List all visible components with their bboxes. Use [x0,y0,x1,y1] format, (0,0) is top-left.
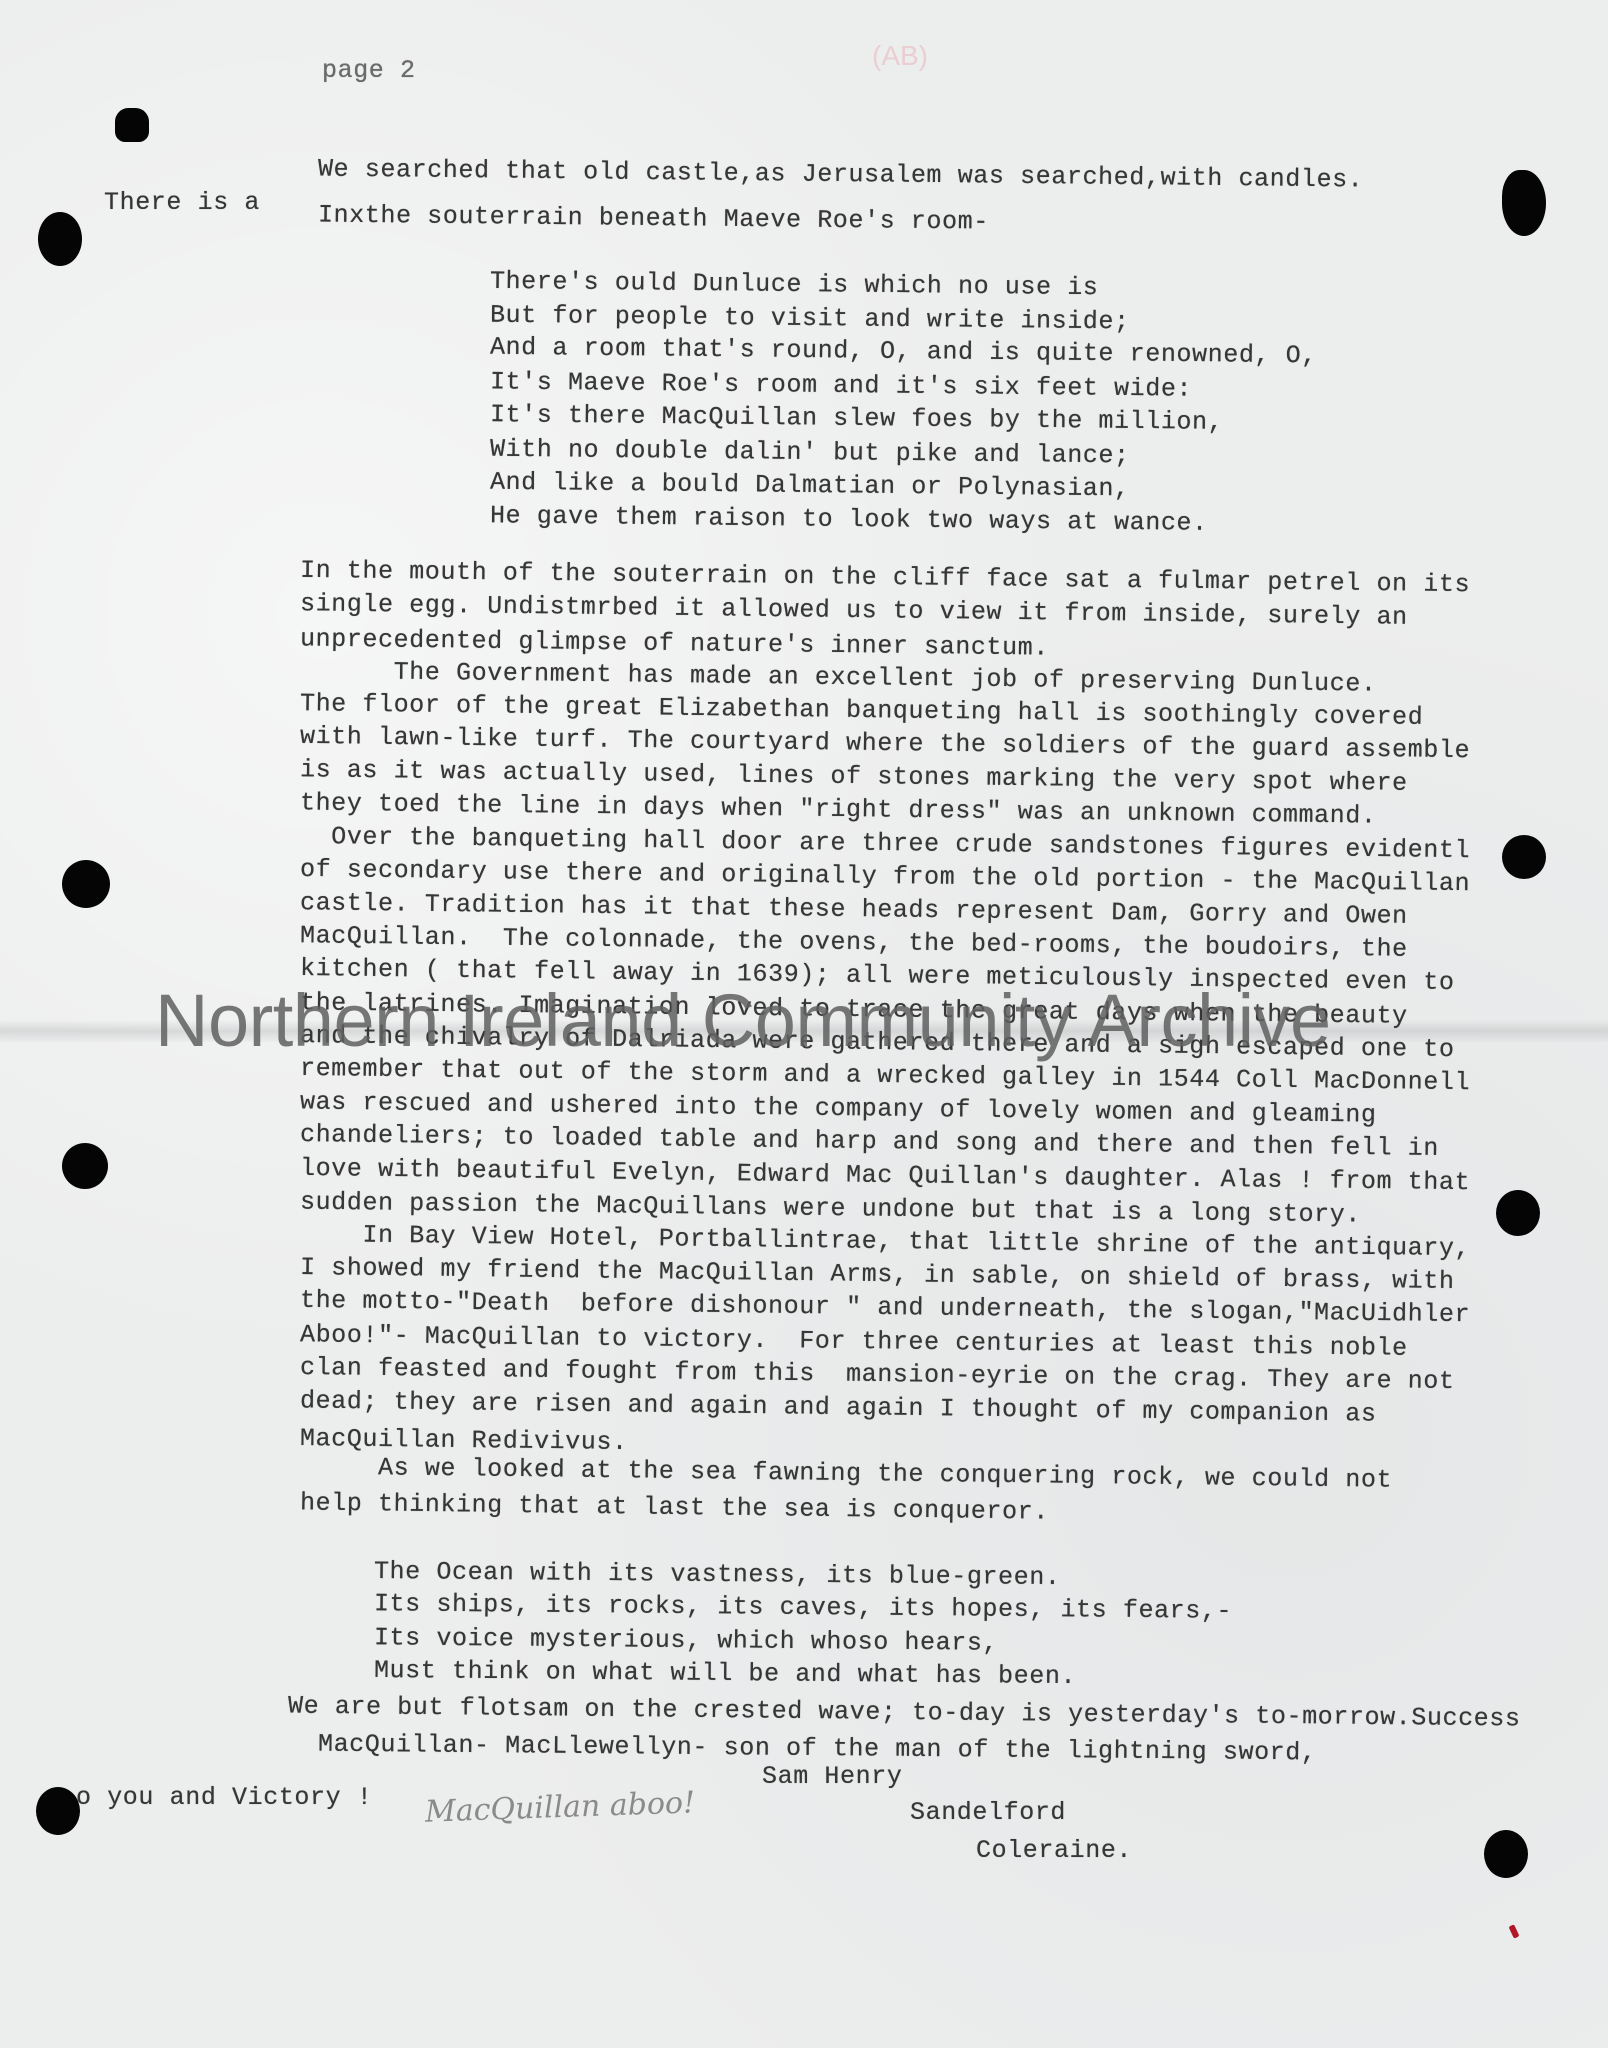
punch-hole [62,860,110,908]
red-ink-mark [1509,1924,1520,1938]
punch-hole [1502,835,1546,879]
body-line: unprecedented glimpse of nature's inner … [300,627,1049,661]
intro-line: We searched that old castle,as Jerusalem… [318,157,1364,193]
poem-line: There's ould Dunluce is which no use is [490,269,1099,300]
punch-hole [38,212,82,266]
body-line: dead; they are risen and again and again… [300,1388,1377,1426]
punch-hole [1502,170,1546,236]
closing-line: MacQuillan- MacLlewellyn- son of the man… [318,1732,1317,1766]
poem-line: He gave them raison to look two ways at … [490,503,1208,536]
poem-line: Its voice mysterious, which whoso hears, [374,1625,998,1655]
punch-hole [115,108,149,142]
body-line: help thinking that at last the sea is co… [300,1490,1049,1524]
poem-line: With no double dalin' but pike and lance… [490,436,1130,468]
poem-line: And a room that's round, O, and is quite… [490,335,1317,369]
poem-line: Must think on what will be and what has … [374,1658,1076,1689]
poem-line: The Ocean with its vastness, its blue-gr… [374,1559,1061,1590]
margin-note: There is a [104,190,260,215]
signature-address-1: Sandelford [910,1800,1066,1825]
body-line: As we looked at the sea fawning the conq… [300,1455,1392,1493]
intro-line: Inxthe souterrain beneath Maeve Roe's ro… [318,202,989,234]
closing-line: We are but flotsam on the crested wave; … [288,1694,1521,1732]
poem-line: And like a bould Dalmatian or Polynasian… [490,470,1130,502]
poem-line: But for people to visit and write inside… [490,302,1130,334]
signature-name: Sam Henry [762,1764,902,1789]
punch-hole [36,1787,80,1835]
poem-line: It's Maeve Roe's room and it's six feet … [490,369,1192,401]
archive-watermark: Northern Ireland Community Archive [155,978,1331,1063]
page-label: page 2 [322,58,416,83]
punch-hole [62,1143,108,1189]
closing-tail: o you and Victory ! [76,1785,372,1810]
punch-hole [1496,1190,1540,1236]
body-line: single egg. Undistmrbed it allowed us to… [300,591,1408,630]
poem-line: It's there MacQuillan slew foes by the m… [490,402,1224,435]
body-line: MacQuillan Redivivus. [300,1426,628,1455]
signature-address-2: Coleraine. [976,1838,1132,1863]
poem-line: Its ships, its rocks, its caves, its hop… [374,1591,1232,1623]
faint-stamp: (AB) [872,40,928,72]
handwritten-note: MacQuillan aboo! [424,1785,695,1829]
punch-hole [1484,1830,1528,1878]
